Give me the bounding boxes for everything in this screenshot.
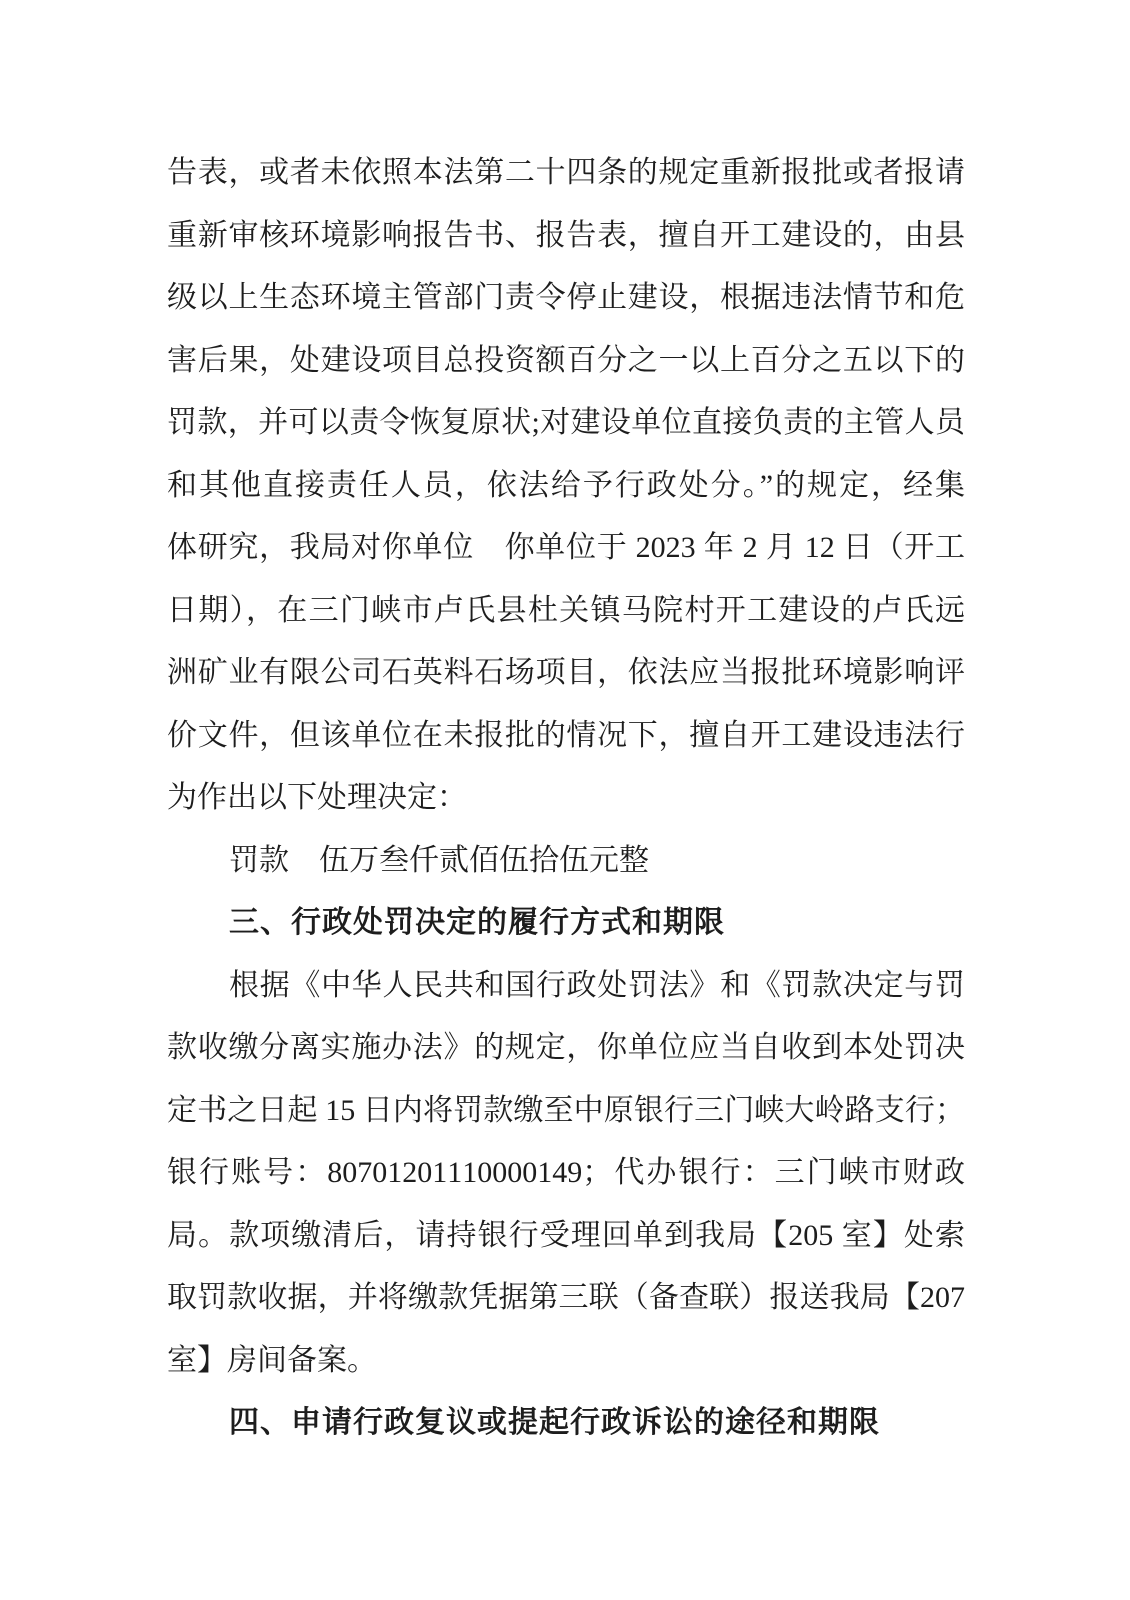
body-line: 价文件，但该单位在未报批的情况下，擅自开工建设违法行 (167, 705, 965, 768)
document-body: 告表，或者未依照本法第二十四条的规定重新报批或者报请重新审核环境影响报告书、报告… (167, 142, 965, 1455)
body-line: 为作出以下处理决定： (167, 767, 965, 830)
section-heading: 三、行政处罚决定的履行方式和期限 (167, 892, 965, 955)
body-line: 和其他直接责任人员，依法给予行政处分。”的规定，经集 (167, 455, 965, 518)
penalty-amount-line: 罚款 伍万叁仟贰佰伍拾伍元整 (167, 830, 965, 893)
body-line: 洲矿业有限公司石英料石场项目，依法应当报批环境影响评 (167, 642, 965, 705)
body-line: 体研究，我局对你单位 你单位于 2023 年 2 月 12 日（开工 (167, 517, 965, 580)
body-line: 根据《中华人民共和国行政处罚法》和《罚款决定与罚 (167, 955, 965, 1018)
body-line: 级以上生态环境主管部门责令停止建设，根据违法情节和危 (167, 267, 965, 330)
body-line: 日期），在三门峡市卢氏县杜关镇马院村开工建设的卢氏远 (167, 580, 965, 643)
body-line: 室】房间备案。 (167, 1330, 965, 1393)
document-page: 告表，或者未依照本法第二十四条的规定重新报批或者报请重新审核环境影响报告书、报告… (0, 0, 1130, 1600)
body-line: 银行账号：80701201110000149；代办银行：三门峡市财政 (167, 1142, 965, 1205)
body-line: 告表，或者未依照本法第二十四条的规定重新报批或者报请 (167, 142, 965, 205)
body-line: 害后果，处建设项目总投资额百分之一以上百分之五以下的 (167, 330, 965, 393)
body-line: 定书之日起 15 日内将罚款缴至中原银行三门峡大岭路支行； (167, 1080, 965, 1143)
body-line: 取罚款收据，并将缴款凭据第三联（备查联）报送我局【207 (167, 1267, 965, 1330)
body-line: 局。款项缴清后，请持银行受理回单到我局【205 室】处索 (167, 1205, 965, 1268)
body-line: 重新审核环境影响报告书、报告表，擅自开工建设的，由县 (167, 205, 965, 268)
section-heading: 四、申请行政复议或提起行政诉讼的途径和期限 (167, 1392, 965, 1455)
body-line: 罚款，并可以责令恢复原状;对建设单位直接负责的主管人员 (167, 392, 965, 455)
body-line: 款收缴分离实施办法》的规定，你单位应当自收到本处罚决 (167, 1017, 965, 1080)
